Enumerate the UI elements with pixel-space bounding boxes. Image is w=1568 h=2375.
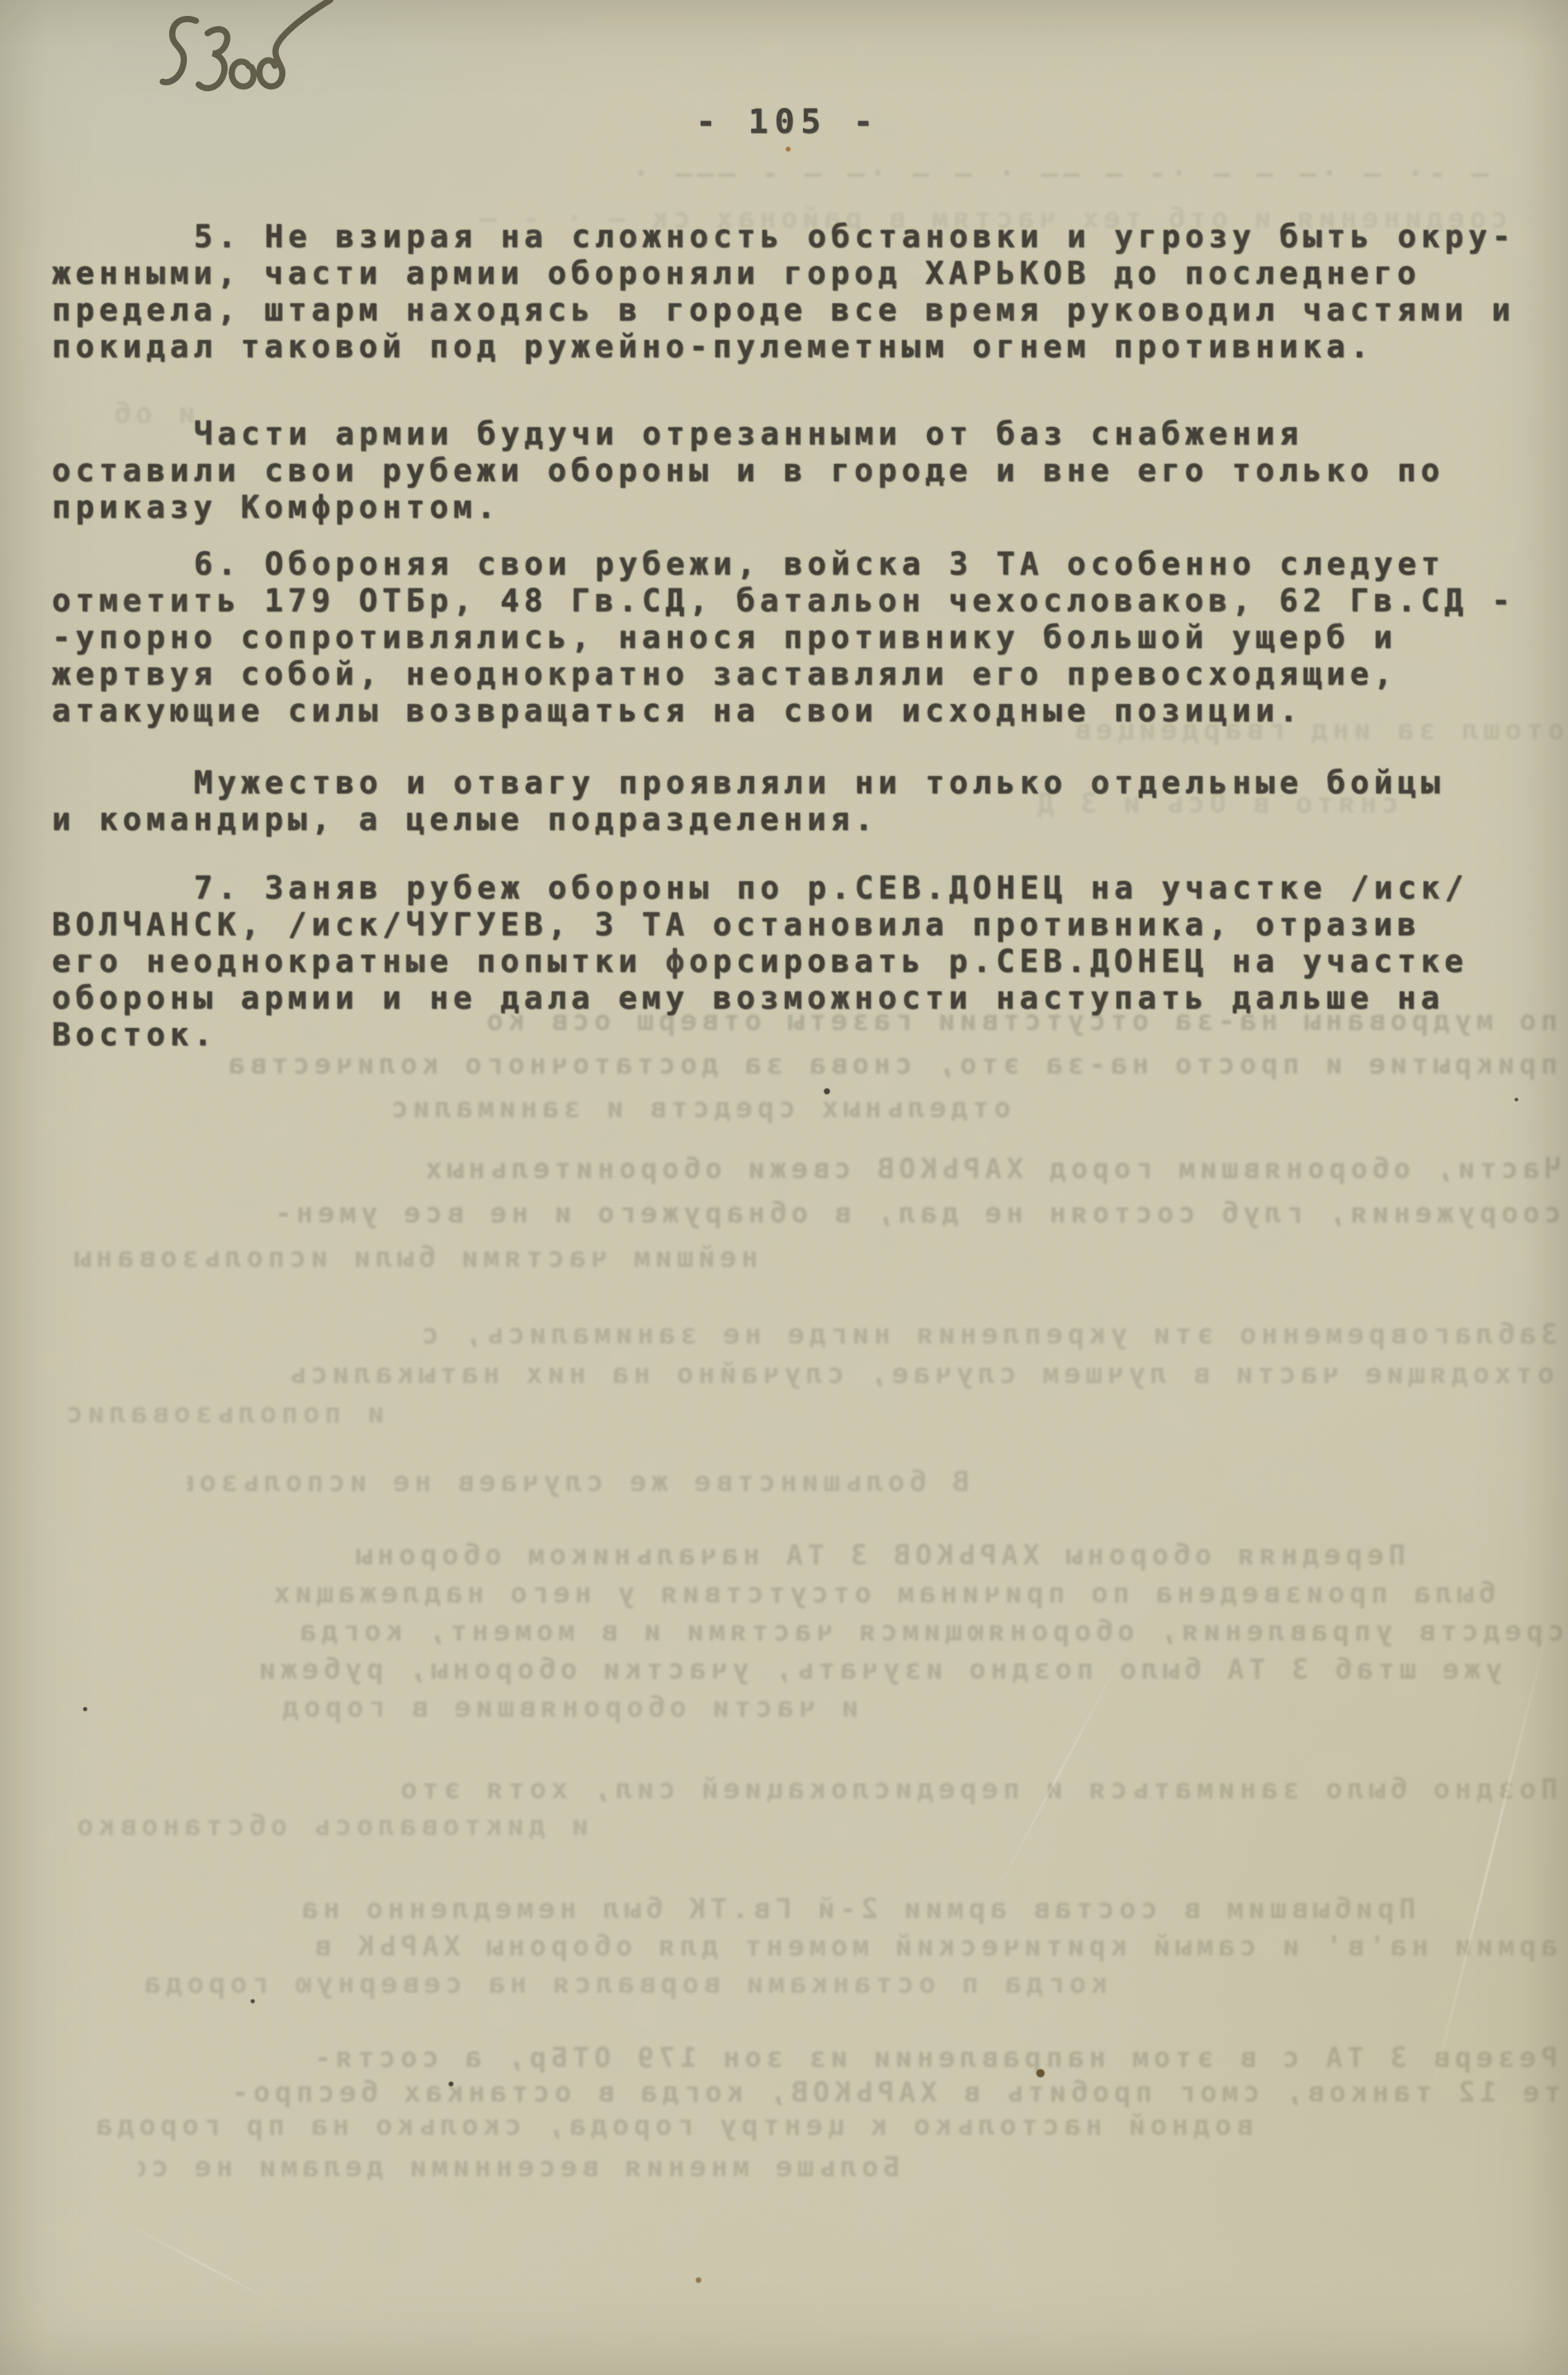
ink-speck (83, 1707, 87, 1711)
ink-speck (786, 147, 791, 152)
ink-speck (824, 1088, 830, 1094)
ink-speck (449, 2081, 453, 2086)
ink-speck (251, 1999, 255, 2003)
ink-speck (1515, 1098, 1518, 1101)
speck-layer (0, 0, 1568, 2375)
ink-speck (696, 2277, 701, 2283)
scanned-document-page: — -· – ·— – — ·- — –– · — – ·– — - ––– ·… (0, 0, 1568, 2375)
ink-speck (941, 478, 945, 481)
ink-speck (1036, 2069, 1045, 2077)
